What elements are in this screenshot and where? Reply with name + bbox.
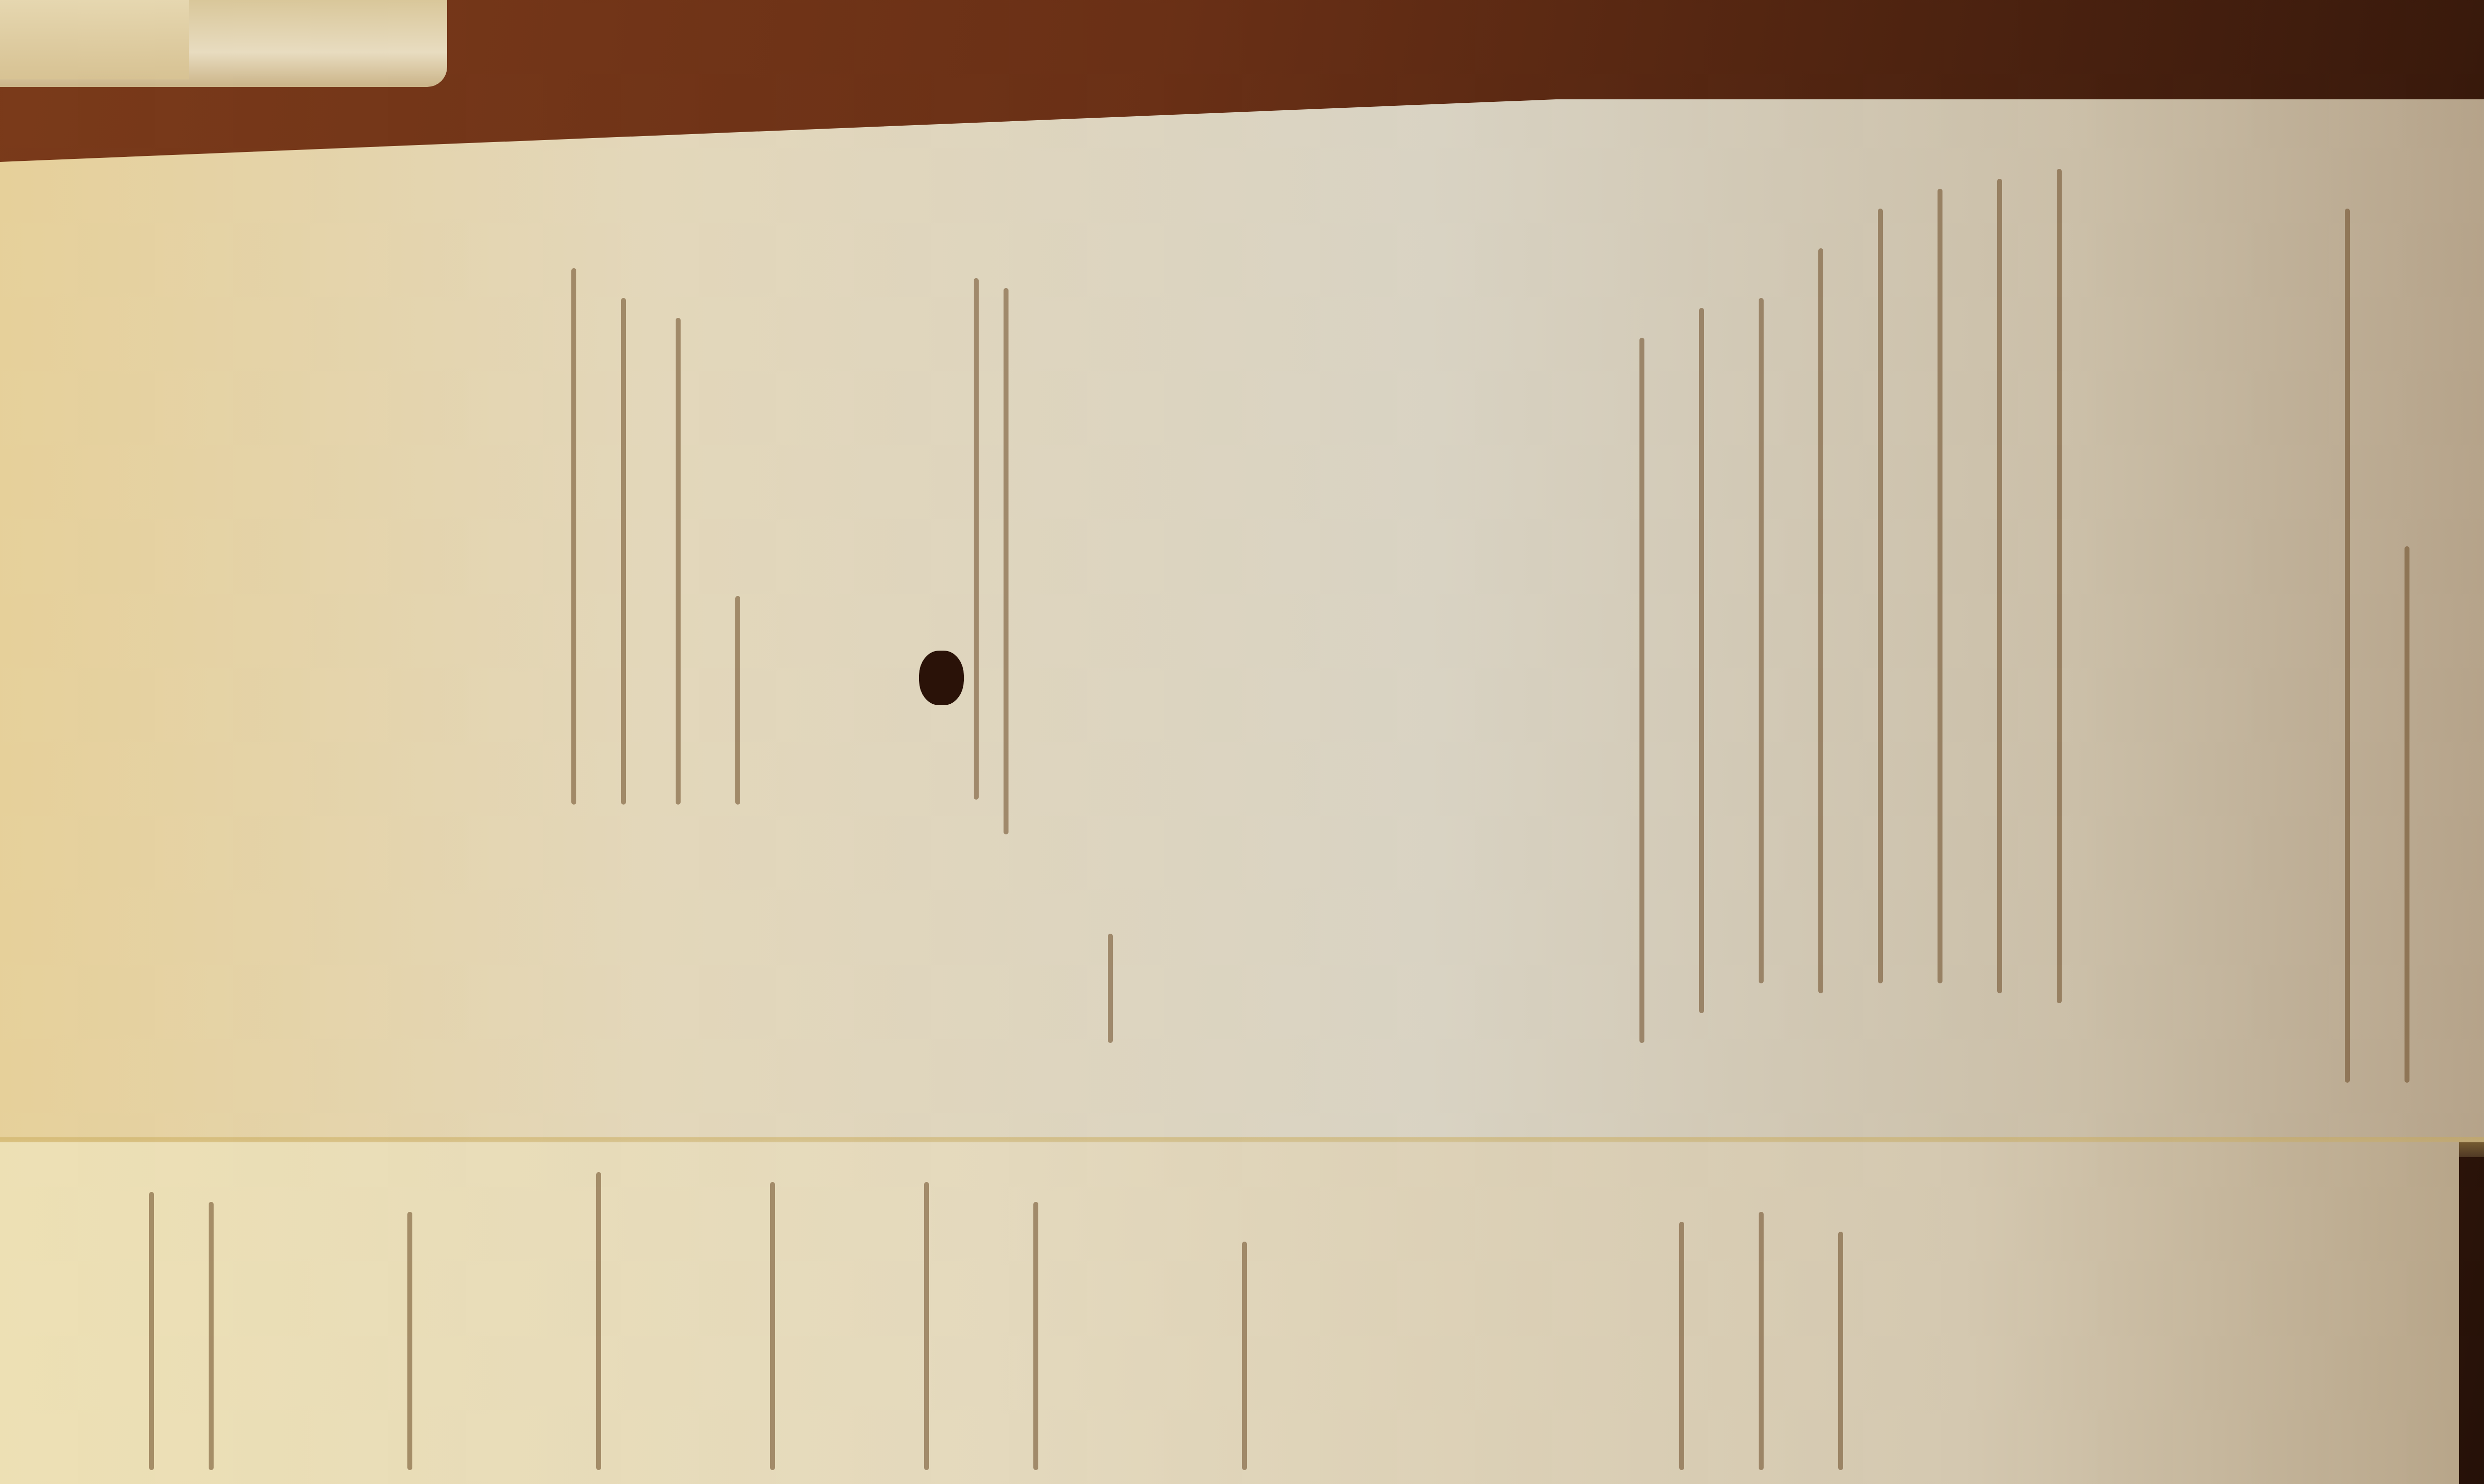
ink-blot [919, 651, 964, 705]
manuscript-lower-page [0, 1142, 2459, 1484]
paper-stack-top [0, 0, 189, 79]
manuscript-upper-page: Photograph of an open historical manuscr… [0, 99, 2484, 1142]
